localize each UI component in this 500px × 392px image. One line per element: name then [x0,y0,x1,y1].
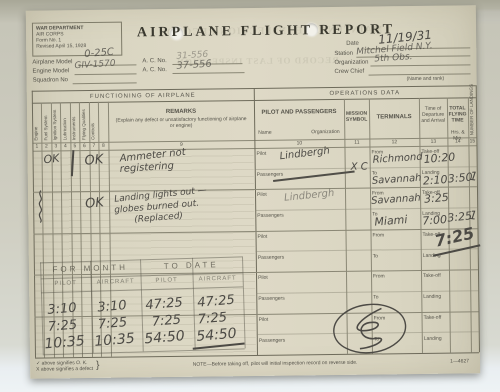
page-title: AIRPLANE FLIGHT REPORT [136,22,396,41]
name-rank-caption: (Name and rank) [407,76,445,82]
check-col-label: Lubrication [62,104,67,140]
organization-subheader: Organization [311,129,339,135]
takeoff-time-entry: 10:20 [423,150,456,166]
col-number: 14 [447,138,468,144]
organization-value: 5th Obs. [374,52,413,64]
stamp-subheader: PILOT [41,280,91,287]
summary-value: 7:25 [97,315,127,332]
name-subheader: Name [258,130,271,136]
squadron-label: Squadron No [33,77,68,84]
organization-label: Organization [334,60,368,67]
legend-defect: X above signifies a defect [36,366,93,373]
col-number: 8 [98,143,108,149]
summary-value: 7:25 [197,310,227,327]
check-ok-entry: OK [84,152,104,168]
stamp-subheader: AIRCRAFT [193,275,243,282]
col-number: 12 [369,139,419,146]
check-col-label: Fuel System [43,104,48,140]
to-row-label: To [373,253,378,259]
pilot-passengers-header: PILOT AND PASSENGERS [256,109,342,117]
col-number: 5 [70,143,79,149]
col-number: 3 [51,143,60,149]
passengers-row-label: Passengers [258,255,284,261]
mission-symbol-entry: X C [351,162,368,173]
check-col-label: Flying Qualities [81,104,86,140]
from-row-label: From [373,273,385,279]
total-flying-time-header: TOTAL FLYING TIME [448,105,467,123]
terminal-to-entry: Savannah [372,173,422,187]
time-summary-stamp: FOR MONTH TO DATE PILOT AIRCRAFT PILOT A… [40,256,245,354]
passengers-row-label: Passengers [257,213,283,219]
pilot-row-label: Pilot [257,192,267,198]
stamp-subheader: PILOT [141,277,193,285]
summary-value: 47:25 [197,293,236,311]
col-number: 2 [41,143,51,149]
takeoff-row-label: Take-off [424,315,442,321]
for-month-header: FOR MONTH [40,262,140,274]
pilot-entry: Lindbergh [284,188,335,204]
time-header: Time of Departure and Arrival [421,106,445,124]
col-number: 13 [419,139,447,145]
station-label: Station [334,51,353,58]
summary-value: 3:10 [97,298,127,315]
flight-report-form: MAINTENANCE INSPECTION RECORD RECORD OF … [26,5,480,378]
passengers-row-label: Passengers [258,296,284,302]
summary-total: 10:35 [94,331,136,350]
check-ok-entry: OK [43,152,60,167]
summary-value: 7:25 [47,318,77,335]
ac-no-1-label: A. C. No. [142,58,166,65]
form-number: 1—4627 [450,358,469,364]
ac-no-2-value: 37-556 [176,59,212,72]
stamp-subheader: AIRCRAFT [91,278,141,285]
check-col-label: Instruments [71,104,76,140]
check-col-label: Ignition System [52,104,57,140]
landing-row-label: Landing [424,336,442,342]
footer-note: NOTE—Before taking off, pilot will initi… [160,359,390,368]
summary-value: 7:25 [151,312,181,329]
remarks-subheader: (Explain any defect or unsatisfactory fu… [113,116,249,130]
landing-time-entry: 2:10 [422,173,447,188]
summary-value: 3:10 [47,301,77,318]
summary-value: 47:25 [145,295,184,313]
terminal-from-entry: Richmond [372,152,423,166]
terminals-header: TERMINALS [370,114,418,122]
from-row-label: From [373,232,385,238]
passengers-row-label: Passengers [257,172,283,178]
passengers-dash [273,170,355,181]
col-number: 7 [89,143,98,149]
col-number: 4 [60,143,70,149]
landing-time-entry: 7:00 [422,213,447,228]
col-number: 11 [344,140,369,146]
terminal-to-entry: Miami [374,213,408,229]
watermark-text-blur [476,10,500,22]
signature-scribble [329,300,410,357]
to-date-header: TO DATE [140,259,242,271]
pilot-row-label: Pilot [258,275,268,281]
col-number: 6 [79,143,89,149]
pilot-row-label: Pilot [256,151,266,157]
engine-model-label: Engine Model [32,68,69,75]
landing-row-label: Landing [423,294,441,300]
ac-no-2-label: A. C. No. [142,67,166,74]
number-of-landings-header: NUMBER OF LANDINGS [469,99,474,135]
engine-model-value: GIV-1570 [74,59,116,72]
check-col-label: Engine [33,105,38,141]
airplane-model-label: Airplane Model [32,59,72,66]
footer-legend: ✓ above signifies O. K. X above signifie… [36,360,93,373]
legend-brace: } [96,360,99,371]
summary-total: 54:50 [196,326,238,345]
col-number: 10 [254,140,344,147]
summary-total: 54:50 [144,328,186,347]
summary-total: 10:35 [44,333,86,352]
crew-chief-label: Crew Chief [335,69,365,76]
terminal-from-entry: Savannah [371,193,421,207]
vertical-scribble [34,189,48,225]
takeoff-time-entry: 3:25 [424,191,450,206]
col-number: 1 [32,144,41,150]
takeoff-row-label: Take-off [423,273,441,279]
pilot-row-label: Pilot [259,317,269,323]
check-ok-entry: OK [85,195,105,211]
pilot-row-label: Pilot [258,234,268,240]
photo-background: a MAINTENANCE INSPECTION RECORD RECORD O… [0,0,500,392]
passengers-row-label: Passengers [259,338,285,344]
mission-symbol-header: MISSION SYMBOL [345,111,368,123]
check-col-label: Controls [90,104,95,140]
col-number: 15 [468,138,476,144]
